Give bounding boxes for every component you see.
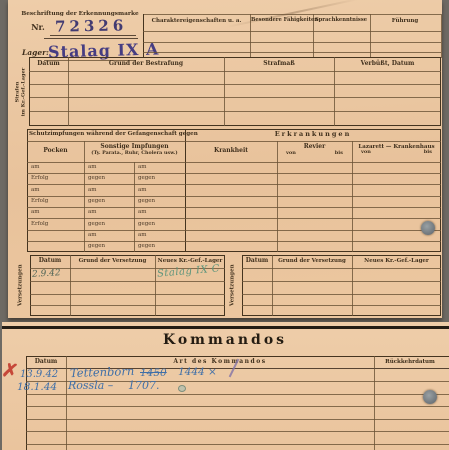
stamp-circle-icon — [178, 385, 186, 392]
vaccination-cell: gegen — [88, 198, 105, 204]
rule — [44, 38, 138, 39]
col-fuehrung: Führung — [370, 18, 440, 24]
vaccination-cell: am — [138, 209, 147, 215]
rule — [2, 326, 449, 329]
vaccination-cell: Erfolg — [31, 198, 48, 204]
rule — [27, 241, 441, 242]
rule — [27, 207, 441, 208]
nr-label: Nr. — [30, 23, 46, 32]
rule — [27, 173, 441, 174]
col-datum: Datum — [26, 359, 66, 366]
versetzungen-side-label-right: Versetzungen — [224, 255, 242, 316]
rule — [441, 14, 442, 58]
vaccination-cell: am — [88, 164, 97, 170]
rule — [26, 444, 449, 445]
hole-punch-top — [421, 221, 435, 235]
erkrankungen-title: Erkrankungen — [185, 131, 441, 138]
vaccination-cell: am — [31, 187, 40, 193]
impfungen-title: Schutzimpfungen während der Gefangenscha… — [29, 131, 185, 137]
rule — [155, 255, 156, 316]
vaccination-cell: gegen — [88, 243, 105, 249]
rule — [143, 42, 441, 43]
rule — [26, 431, 449, 432]
rule — [272, 255, 273, 316]
rule — [30, 281, 225, 282]
col-grund-bestrafung: Grund der Bestrafung — [68, 61, 224, 68]
vaccination-cell: am — [88, 209, 97, 215]
col-sonstige-impfungen: Sonstige Impfungen (Ty. Parata., Ruhr, C… — [84, 144, 185, 156]
vaccination-cell: Erfolg — [31, 221, 48, 227]
vaccination-cell: gegen — [138, 175, 155, 181]
rule — [30, 111, 440, 112]
col-strafmass: Strafmaß — [224, 61, 334, 68]
vaccination-cell: am — [138, 232, 147, 238]
versetzungen-side-label-left: Versetzungen — [12, 255, 30, 316]
col-verbuesst: Verbüßt, Datum — [334, 61, 441, 68]
col-neues-lager: Neues Kr.-Gef.-Lager — [352, 258, 441, 264]
rule — [26, 406, 449, 407]
vaccination-cell: am — [31, 209, 40, 215]
vaccination-cell: am — [88, 232, 97, 238]
rule — [143, 31, 441, 32]
rule — [30, 97, 440, 98]
col-sprachkenntnisse: Sprachkenntnisse — [313, 18, 369, 24]
rule — [66, 356, 67, 450]
struck-number: 1450 — [140, 367, 167, 379]
col-datum: Datum — [242, 258, 272, 265]
rule — [29, 71, 441, 72]
rule — [30, 305, 225, 306]
kommando-date: 13.9.42 — [20, 369, 58, 380]
col-datum: Datum — [30, 258, 70, 265]
vaccination-cell: gegen — [138, 198, 155, 204]
col-krankheit: Krankheit — [185, 148, 277, 155]
rule — [26, 419, 449, 420]
prisoner-number-stamp: 72326 — [55, 16, 127, 35]
col-rueckkehrdatum: Rückkehrdatum — [374, 359, 446, 365]
rule — [27, 230, 441, 231]
vaccination-cell: Erfolg — [31, 175, 48, 181]
col-lazarett: Lazarett — Krankenhaus vonbis — [352, 144, 441, 156]
rule — [26, 394, 449, 395]
vaccination-cell: am — [138, 164, 147, 170]
kommando-place: Tettenborn — [70, 364, 135, 380]
transfer-date: 2.9.42 — [32, 268, 61, 279]
rule — [30, 294, 225, 295]
col-pocken: Pocken — [27, 148, 84, 155]
vaccination-cell: gegen — [138, 221, 155, 227]
scan-background: Beschriftung der Erkennungsmarke Nr. 723… — [0, 0, 449, 450]
rule — [352, 255, 353, 316]
kommando-place: Rossla – — [68, 379, 113, 392]
vaccination-cell: am — [31, 164, 40, 170]
kommando-number: 1444 × — [178, 366, 217, 378]
rule — [374, 356, 375, 450]
rule — [27, 218, 441, 219]
rule — [143, 14, 441, 15]
vaccination-cell: gegen — [88, 221, 105, 227]
rule — [27, 141, 441, 142]
rule — [30, 84, 440, 85]
vaccination-cell: gegen — [88, 175, 105, 181]
rule — [143, 52, 441, 53]
rule — [27, 184, 441, 185]
vaccination-cell: am — [88, 187, 97, 193]
kommandos-title: Kommandos — [125, 333, 325, 348]
kommando-number: 1707. — [128, 379, 160, 392]
col-grund-versetzung: Grund der Versetzung — [272, 258, 352, 264]
col-besondere-faehigkeiten: Besondere Fähigkeiten — [251, 18, 312, 24]
col-revier: Revier vonbis — [277, 144, 352, 156]
hole-punch-bottom — [423, 390, 437, 404]
rule — [27, 162, 441, 163]
col-grund-versetzung: Grund der Versetzung — [70, 258, 155, 264]
rule — [27, 196, 441, 197]
vaccination-cell: gegen — [138, 243, 155, 249]
col-charaktereigenschaften: Charaktereigenschaften u. a. — [144, 18, 249, 24]
strafen-side-label: Strafen im Kr.-Gef.-Lager — [12, 57, 29, 126]
vaccination-cell: am — [138, 187, 147, 193]
rule — [70, 255, 71, 316]
kommando-date: 18.1.44 — [17, 381, 57, 393]
rule — [26, 356, 449, 357]
lager-label: Lager: — [22, 49, 48, 57]
col-datum: Datum — [29, 61, 68, 68]
